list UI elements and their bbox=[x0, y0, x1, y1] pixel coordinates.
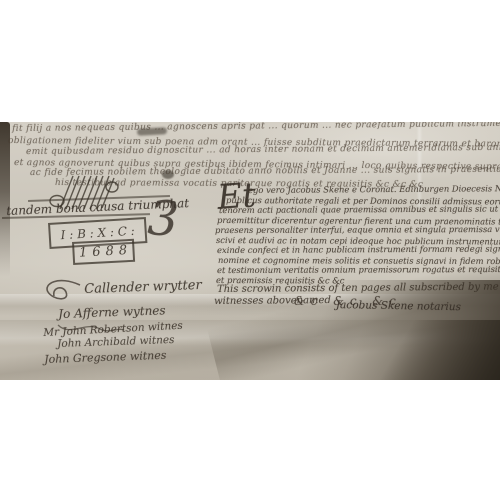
year-text: 1688 bbox=[79, 243, 133, 261]
faded-latin-line: fit filij a nos nequeas quibus ... agnos… bbox=[12, 122, 500, 134]
docquet-line: exinde confeci et in hanc publicam instr… bbox=[217, 243, 500, 255]
docquet-line: praesens personaliter interfui, eaque om… bbox=[215, 224, 500, 235]
docquet-line: et testimonium veritatis omnium praemiss… bbox=[217, 264, 500, 275]
notary-signature: Jacobus Skene notarius bbox=[336, 299, 461, 313]
signature-paraph bbox=[40, 278, 86, 304]
docquet-line: ego vero Jacobus Skene e Coronat. Edinbu… bbox=[248, 183, 500, 195]
manuscript-photo-page: fit filij a nos nequeas quibus ... agnos… bbox=[0, 0, 500, 500]
docquet-line: tenorem acti pactionali quae praemissa o… bbox=[219, 203, 500, 215]
scribal-brace: 3 bbox=[146, 190, 180, 248]
witness-signature: Jo Afferne wytnes bbox=[58, 303, 166, 321]
parchment-photo: fit filij a nos nequeas quibus ... agnos… bbox=[0, 122, 500, 380]
corner-shadow-dark bbox=[380, 320, 500, 380]
year-box: 1688 bbox=[72, 239, 135, 265]
